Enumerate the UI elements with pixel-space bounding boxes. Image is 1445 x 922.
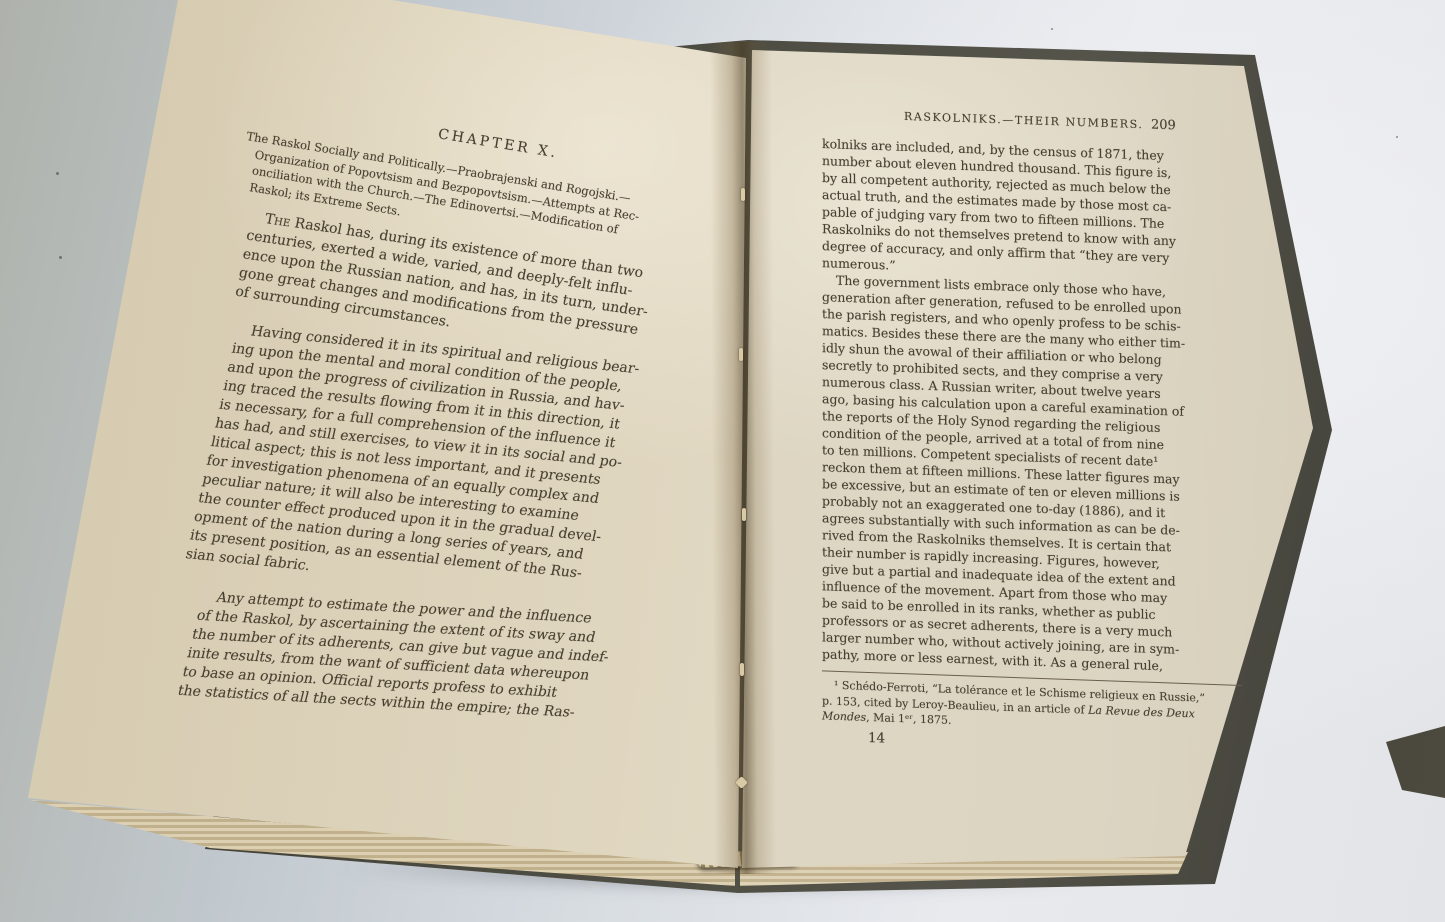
dust-speck	[1396, 136, 1398, 138]
right-page-text: RASKOLNIKS.—THEIR NUMBERS. 209 kolniks a…	[822, 106, 1242, 759]
paragraph: Having considered it in its spiritual an…	[184, 321, 704, 610]
lead-word: The	[264, 211, 292, 230]
dust-speck	[1051, 28, 1053, 30]
paragraph: The government lists embrace only those …	[822, 271, 1242, 677]
page-number: 209	[1151, 117, 1176, 133]
photo-of-open-book: CHAPTER X. The Raskol Socially and Polit…	[0, 0, 1445, 922]
paragraph: kolniks are included, and, by the census…	[822, 135, 1242, 286]
binding-stitch	[740, 663, 744, 676]
dust-speck	[56, 172, 59, 175]
footnote: ¹ Schédo-Ferroti, “La tolérance et le Sc…	[822, 670, 1242, 738]
binding-stitch	[742, 508, 746, 521]
footnote-text: , Mai 1ᵉʳ, 1875.	[866, 711, 951, 727]
dust-speck	[59, 256, 62, 259]
binding-stitch	[741, 188, 745, 201]
binding-stitch	[739, 348, 743, 361]
left-page-text: CHAPTER X. The Raskol Socially and Polit…	[212, 104, 682, 702]
